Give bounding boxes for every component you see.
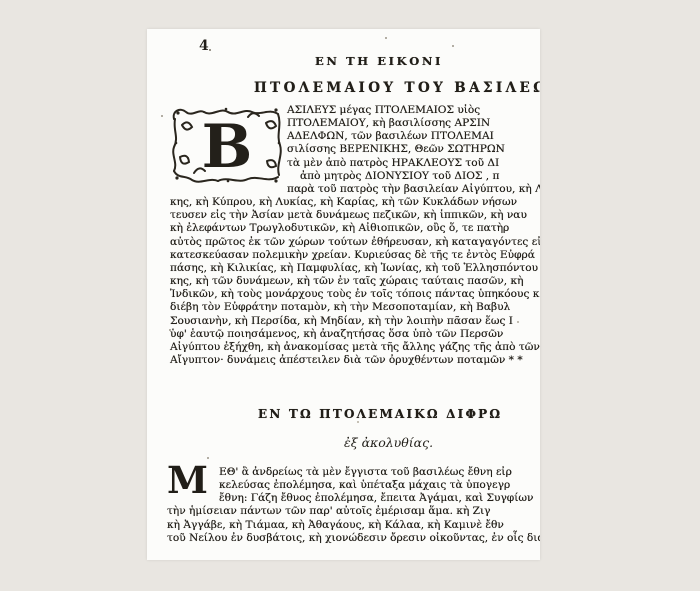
text-line: κελεύσας ἐπολέμησα, καὶ ὑπέταξα μάχαις τ… [167,479,540,492]
text-line: Αἴγυπτον· δυνάμεις ἀπέστειλεν διὰ τῶν ὀρ… [170,354,540,367]
text-line: πάσης, κὴ Κιλικίας, κὴ Παμφυλίας, κὴ Ἰων… [170,262,540,275]
text-line: κης, κὴ Κύπρου, κὴ Λυκίας, κὴ Καρίας, κὴ… [170,196,540,209]
text-line: αὐτὸς πρῶτος ἐκ τῶν χώρων τούτων ἐθήρευσ… [170,236,540,249]
text-line: παρὰ τοῦ πατρὸς τὴν βασιλείαν Αἰγύπτου, … [170,183,540,196]
text-line: ἔθνη: Γάζη ἔθνος ἐπολέμησα, ἔπειτα Ἀγάμα… [167,492,540,505]
page-number: 4 [199,38,209,54]
text-line: ΕΘ' ἃ ἀνδρείως τὰ μὲν ἔγγιστα τοῦ βασιλέ… [167,466,540,479]
paragraph-inscription-2: M ΕΘ' ἃ ἀνδρείως τὰ μὲν ἔγγιστα τοῦ βασι… [167,466,540,545]
text-line: διέβη τὸν Εὐφράτην ποταμὸν, κὴ τὴν Μεσοπ… [170,301,540,314]
text-line: τὴν ἡμίσειαν πάντων τῶν παρ' αὐτοῖς ἐμέρ… [167,505,540,518]
text-line: κὴ Ἀγγάβε, κὴ Τιάμαα, κὴ Ἀθαγάους, κὴ Κά… [167,519,540,532]
section-2-heading: ΕΝ ΤΩ ΠΤΟΛΕΜΑΙΚΩ ΔΙΦΡΩ [258,407,502,421]
text-line: Ἰνδικῶν, κὴ τοὺς μονάρχους τοὺς ἐν τοῖς … [170,288,540,301]
text-line: τοῦ Νείλου ἐν δυσβάτοις, κὴ χιονώδεσιν ὄ… [167,532,540,545]
section-2-subheading: ἐξ ἀκολυθίας. [344,435,433,450]
ornate-initial-B-woodcut: B [170,105,283,184]
text-line: Αἰγύπτου ἐξήχθη, κὴ ἀνακομίσας μετὰ τῆς … [170,341,540,354]
text-line: κης, κὴ τῶν δυνάμεων, κὴ τῶν ἐν ταῖς χώρ… [170,275,540,288]
book-page: 4 ΕΝ ΤΗ ΕΙΚΟΝΙ ΠΤΟΛΕΜΑΙΟΥ ΤΟΥ ΒΑΣΙΛΕΩΣ. [147,29,540,560]
scan-speckles [147,29,149,31]
scan-background: 4 ΕΝ ΤΗ ΕΙΚΟΝΙ ΠΤΟΛΕΜΑΙΟΥ ΤΟΥ ΒΑΣΙΛΕΩΣ. [0,0,700,591]
title-line-2: ΠΤΟΛΕΜΑΙΟΥ ΤΟΥ ΒΑΣΙΛΕΩΣ. [254,80,540,96]
paragraph-inscription-1: B ΑΣΙΛΕΥΣ μέγας ΠΤΟΛΕΜΑΙΟΣ υἱὸςΠΤΟΛΕΜΑΙΟ… [170,104,540,367]
drop-cap-letter-B: B [202,112,253,182]
paragraph-2-lines: ΕΘ' ἃ ἀνδρείως τὰ μὲν ἔγγιστα τοῦ βασιλέ… [167,466,540,545]
text-line: τευσεν εἰς τὴν Ἀσίαν μετὰ δυνάμεως πεζικ… [170,209,540,222]
text-line: κὴ ἐλεφάντων Τρωγλοδυτικῶν, κὴ Αἰθιοπικῶ… [170,222,540,235]
title-line-1: ΕΝ ΤΗ ΕΙΚΟΝΙ [315,54,443,68]
drop-cap-letter-M: M [167,466,216,493]
text-line: Σουσιανὴν, κὴ Περσίδα, κὴ Μηδίαν, κὴ τὴν… [170,315,540,328]
text-line: ὑφ' ἑαυτῷ ποιησάμενος, κὴ ἀναζητήσας ὅσα… [170,328,540,341]
text-line: κατεσκεύασαν πολεμικὴν χρείαν. Κυριεύσας… [170,249,540,262]
